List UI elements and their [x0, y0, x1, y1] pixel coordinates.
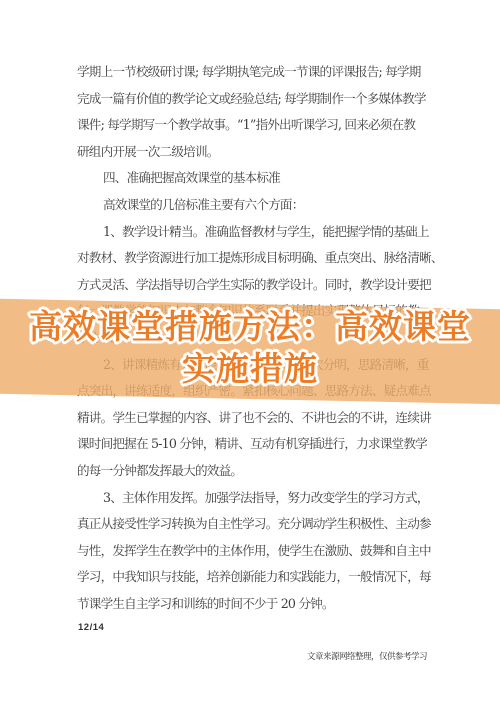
watermark-title-line2: 实施措施: [0, 348, 500, 390]
text-line: 精讲。学生已掌握的内容、讲了也不会的、不讲也会的不讲，连续讲: [77, 405, 477, 432]
text-line: 的每一分钟都发挥最大的效益。: [77, 458, 477, 485]
document-page: 学期上一节校级研讨课; 每学期执笔完成一节课的评课报告; 每学期完成一篇有价值的…: [0, 0, 500, 707]
text-line: 1、教学设计精当。准确监督教材与学生，能把握学情的基础上: [77, 219, 477, 246]
text-line: 课时间把握在 5-10 分钟，精讲、互动有机穿插进行，力求课堂教学: [77, 431, 477, 458]
text-line: 方式灵活、学法指导切合学生实际的教学设计。同时，教学设计要把: [77, 272, 477, 299]
page-number: 12/14: [78, 622, 104, 633]
watermark-title-line1: 高效课堂措施方法：高效课堂: [0, 306, 500, 348]
text-line: 学期上一节校级研讨课; 每学期执笔完成一节课的评课报告; 每学期: [77, 59, 477, 86]
text-line: 高效课堂的几倍标准主要有六个方面：: [77, 192, 477, 219]
text-line: 四、准确把握高效课堂的基本标准: [77, 165, 477, 192]
text-line: 节课学生自主学习和训练的时间不少于 20 分钟。: [77, 591, 477, 618]
text-line: 与性，发挥学生在教学中的主体作用，使学生在激励、鼓舞和自主中: [77, 538, 477, 565]
text-line: 研组内开展一次二级培训。: [77, 139, 477, 166]
text-line: 学习，中我知识与技能，培养创新能力和实践能力，一般情况下，每: [77, 564, 477, 591]
text-line: 3、主体作用发挥。加强学法指导，努力改变学生的学习方式，: [77, 485, 477, 512]
text-line: 课件; 每学期写一个教学故事。“1”指外出听课学习, 回来必须在教: [77, 112, 477, 139]
text-line: 真正从接受性学习转换为自主性学习。充分调动学生积极性、主动参: [77, 511, 477, 538]
watermark-title: 高效课堂措施方法：高效课堂 实施措施: [0, 306, 500, 390]
text-line: 完成一篇有价值的教学论文或经验总结; 每学期制作一个多媒体教学: [77, 86, 477, 113]
text-line: 对教材、教学资源进行加工提炼形成目标明确、重点突出、脉络清晰、: [77, 245, 477, 272]
source-note: 文章来源网络整理，仅供参考学习: [307, 650, 427, 662]
